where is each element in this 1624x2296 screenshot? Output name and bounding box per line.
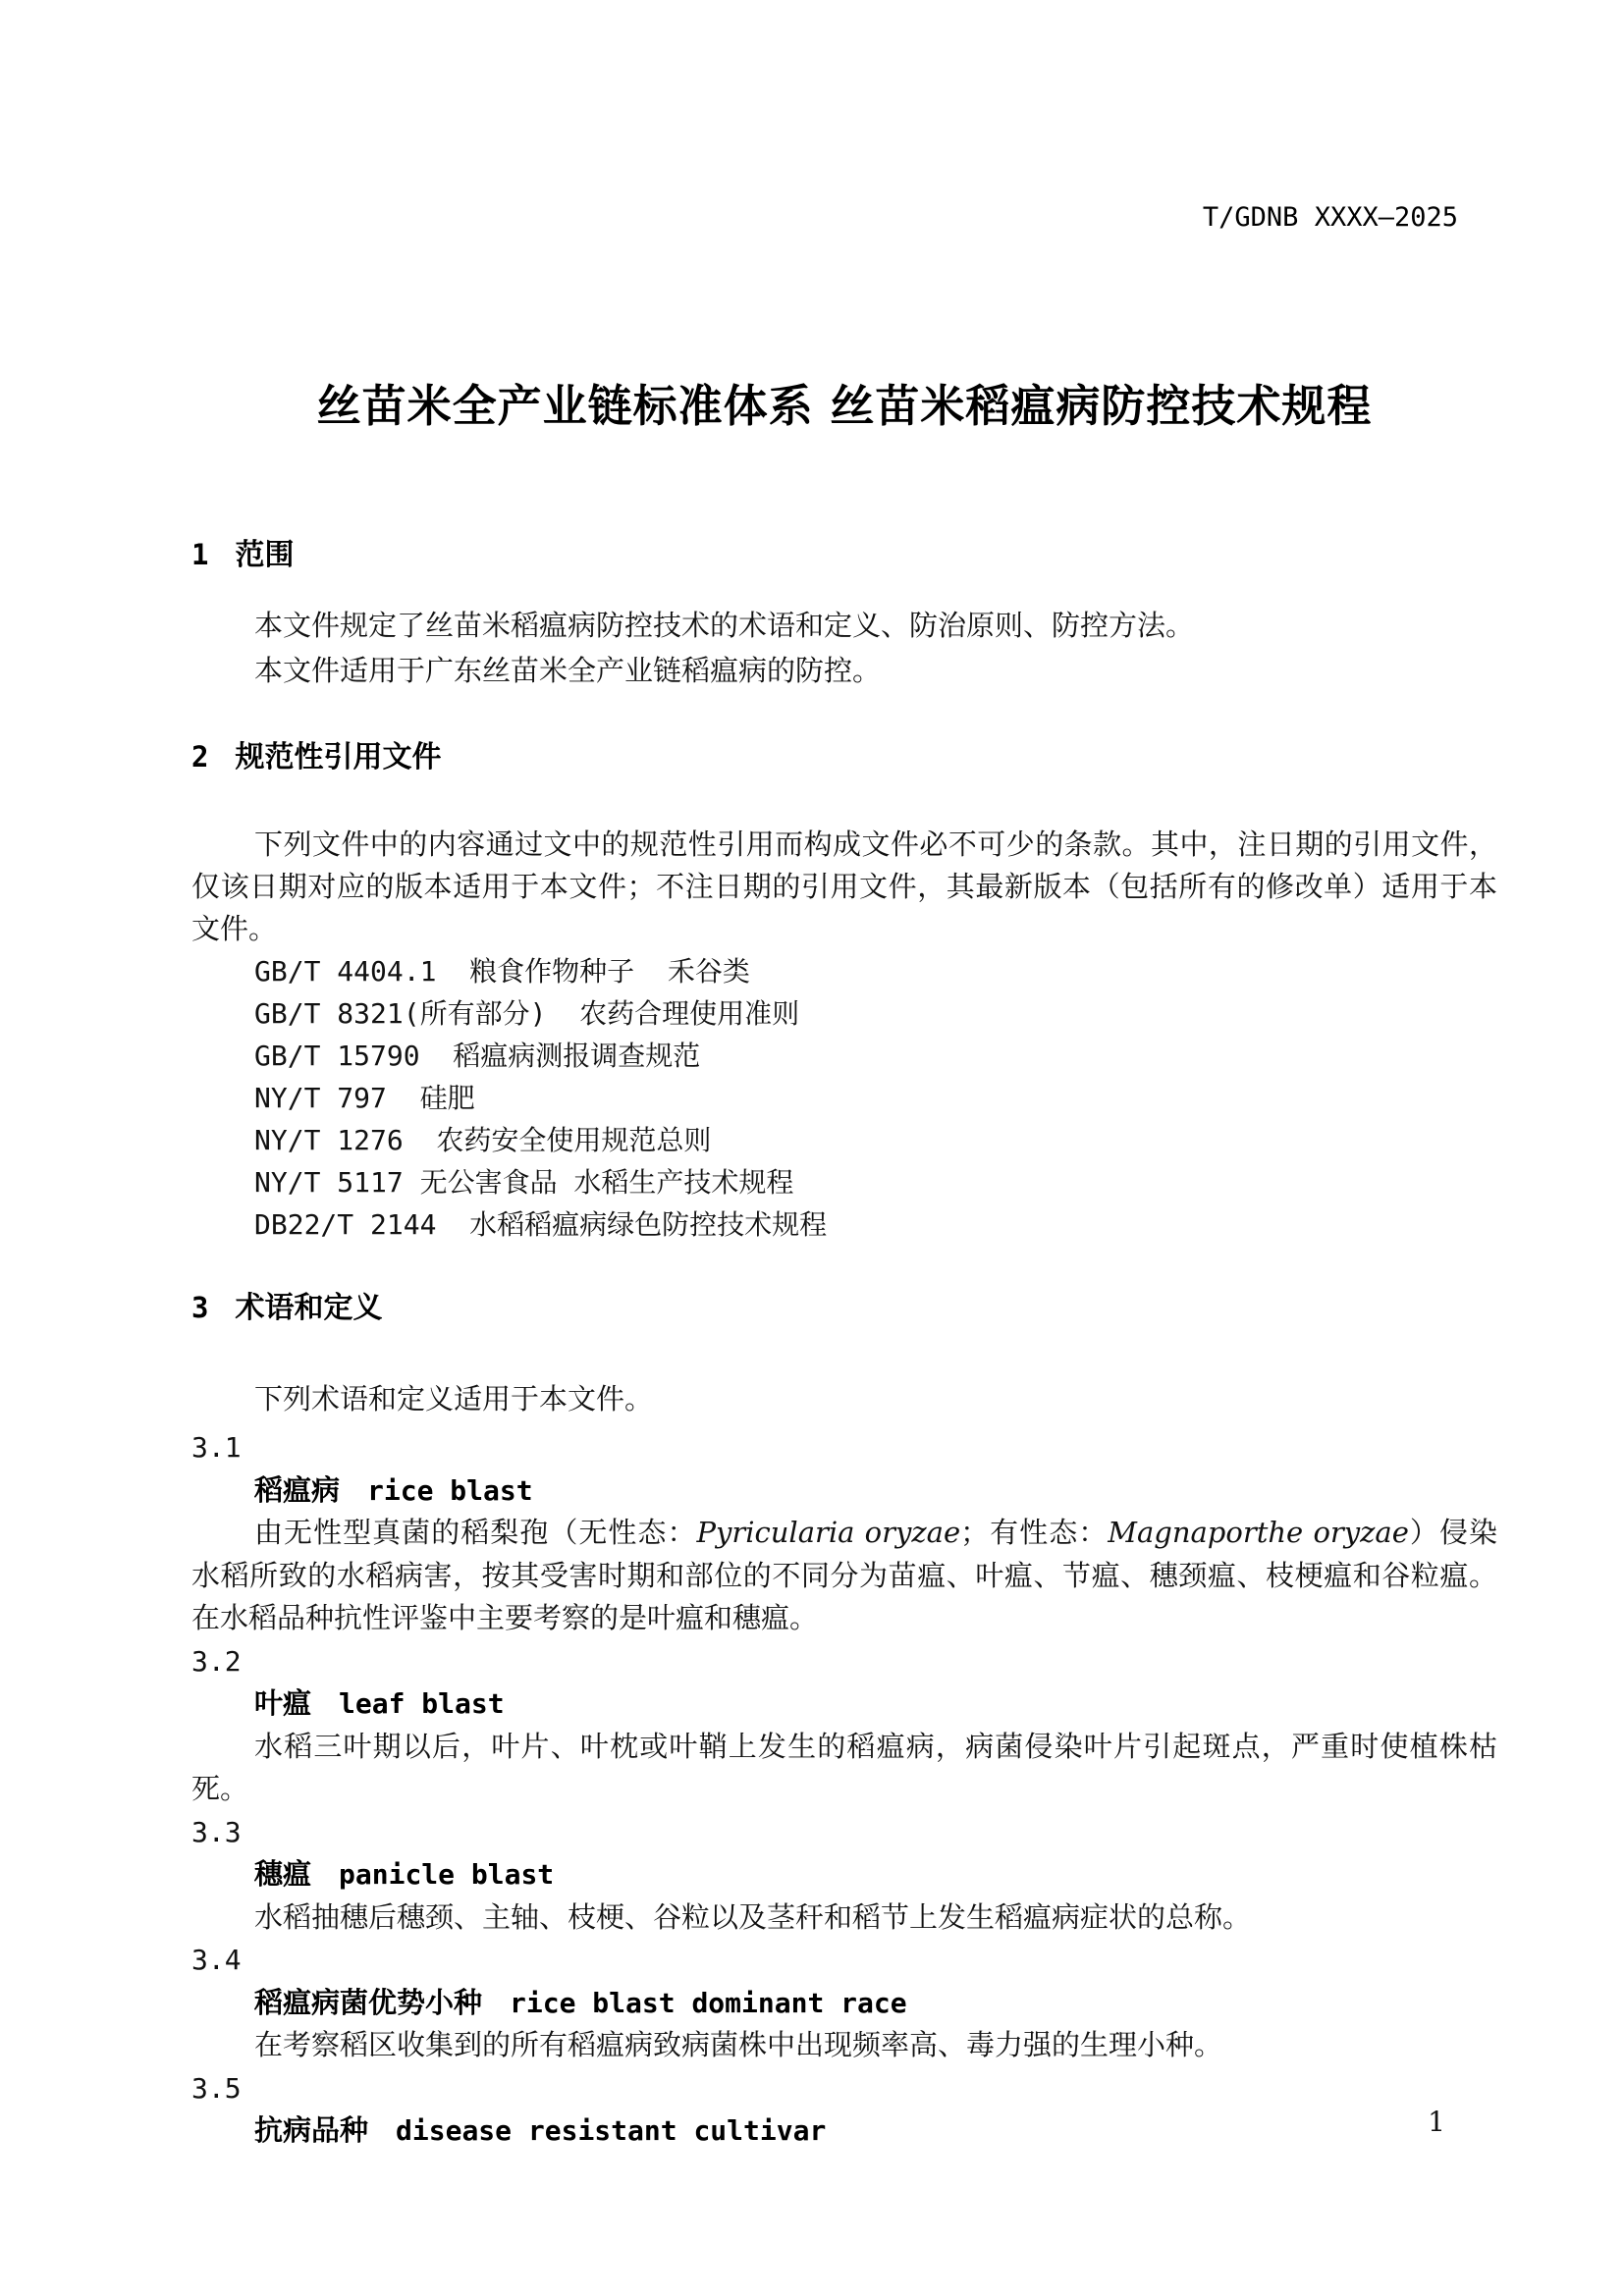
term-definition: 在考察稻区收集到的所有稻瘟病致病菌株中出现频率高、毒力强的生理小种。: [191, 2024, 1497, 2067]
reference-item: DB22/T 2144 水稻稻瘟病绿色防控技术规程: [254, 1203, 1497, 1246]
section-1-body: 本文件规定了丝苗米稻瘟病防控技术的术语和定义、防治原则、防控方法。 本文件适用于…: [191, 603, 1497, 693]
term-name-zh: 抗病品种: [254, 2113, 368, 2147]
section-1-paragraph: 本文件适用于广东丝苗米全产业链稻瘟病的防控。: [191, 648, 1497, 693]
reference-item: NY/T 797 硅肥: [254, 1077, 1497, 1119]
term-definition: 水稻三叶期以后，叶片、叶枕或叶鞘上发生的稻瘟病，病菌侵染叶片引起斑点，严重时使植…: [191, 1726, 1497, 1811]
section-1-number: 1: [191, 533, 208, 576]
term-number: 3.1: [191, 1426, 1497, 1469]
section-1-paragraph: 本文件规定了丝苗米稻瘟病防控技术的术语和定义、防治原则、防控方法。: [191, 603, 1497, 648]
latin-species-name: Pyricularia oryzae: [696, 1516, 960, 1549]
term-name-en: rice blast: [367, 1474, 533, 1507]
term-title-line: 穗瘟panicle blast: [191, 1853, 1497, 1896]
term-definition: 由无性型真菌的稻梨孢（无性态：Pyricularia oryzae；有性态：Ma…: [191, 1512, 1497, 1640]
reference-item: GB/T 8321(所有部分) 农药合理使用准则: [254, 992, 1497, 1035]
term-title-line: 叶瘟leaf blast: [191, 1682, 1497, 1726]
definition-text: ；有性态：: [960, 1516, 1108, 1549]
section-1-heading-text: 范围: [235, 538, 294, 572]
term-title-line: 稻瘟病菌优势小种rice blast dominant race: [191, 1982, 1497, 2025]
term-name-en: rice blast dominant race: [510, 1987, 907, 2019]
reference-item: NY/T 1276 农药安全使用规范总则: [254, 1119, 1497, 1161]
term-title-line: 抗病品种disease resistant cultivar: [191, 2109, 1497, 2153]
term-entry-3-2: 3.2 叶瘟leaf blast 水稻三叶期以后，叶片、叶枕或叶鞘上发生的稻瘟病…: [191, 1640, 1497, 1811]
term-name-en: leaf blast: [339, 1687, 505, 1720]
section-3-intro: 下列术语和定义适用于本文件。: [191, 1377, 1497, 1420]
reference-item: NY/T 5117 无公害食品 水稻生产技术规程: [254, 1161, 1497, 1203]
document-title: 丝苗米全产业链标准体系 丝苗米稻瘟病防控技术规程: [191, 379, 1497, 434]
section-2-heading: 2规范性引用文件: [191, 735, 1497, 779]
term-name-zh: 穗瘟: [254, 1857, 311, 1891]
document-page: T/GDNB XXXX—2025 丝苗米全产业链标准体系 丝苗米稻瘟病防控技术规…: [0, 0, 1624, 2296]
page-content: T/GDNB XXXX—2025 丝苗米全产业链标准体系 丝苗米稻瘟病防控技术规…: [0, 0, 1624, 2153]
term-name-en: panicle blast: [339, 1858, 554, 1891]
section-3-heading: 3术语和定义: [191, 1286, 1497, 1330]
standard-code-header: T/GDNB XXXX—2025: [191, 0, 1497, 240]
section-2-heading-text: 规范性引用文件: [235, 740, 441, 774]
reference-item: GB/T 4404.1 粮食作物种子 禾谷类: [254, 950, 1497, 992]
term-definition: 水稻抽穗后穗颈、主轴、枝梗、谷粒以及茎秆和稻节上发生稻瘟病症状的总称。: [191, 1896, 1497, 1940]
section-2-number: 2: [191, 735, 208, 778]
term-title-line: 稻瘟病rice blast: [191, 1469, 1497, 1513]
term-number: 3.3: [191, 1811, 1497, 1854]
normative-references-list: GB/T 4404.1 粮食作物种子 禾谷类 GB/T 8321(所有部分) 农…: [191, 950, 1497, 1246]
term-entry-3-3: 3.3 穗瘟panicle blast 水稻抽穗后穗颈、主轴、枝梗、谷粒以及茎秆…: [191, 1811, 1497, 1940]
section-3-heading-text: 术语和定义: [235, 1291, 382, 1325]
term-number: 3.2: [191, 1640, 1497, 1683]
term-name-zh: 叶瘟: [254, 1686, 311, 1720]
term-name-zh: 稻瘟病: [254, 1473, 340, 1507]
term-entry-3-1: 3.1 稻瘟病rice blast 由无性型真菌的稻梨孢（无性态：Pyricul…: [191, 1426, 1497, 1640]
section-2-intro: 下列文件中的内容通过文中的规范性引用而构成文件必不可少的条款。其中，注日期的引用…: [191, 824, 1497, 950]
term-name-zh: 稻瘟病菌优势小种: [254, 1986, 482, 2019]
page-number: 1: [1428, 2101, 1445, 2144]
term-entry-3-5: 3.5 抗病品种disease resistant cultivar: [191, 2067, 1497, 2153]
term-number: 3.4: [191, 1939, 1497, 1982]
definition-text: 由无性型真菌的稻梨孢（无性态：: [254, 1516, 696, 1549]
reference-item: GB/T 15790 稻瘟病测报调查规范: [254, 1035, 1497, 1077]
section-3-number: 3: [191, 1286, 208, 1329]
latin-species-name: Magnaporthe oryzae: [1108, 1516, 1409, 1549]
term-number: 3.5: [191, 2067, 1497, 2110]
term-name-en: disease resistant cultivar: [396, 2114, 826, 2147]
terms-and-definitions: 3.1 稻瘟病rice blast 由无性型真菌的稻梨孢（无性态：Pyricul…: [191, 1426, 1497, 2153]
term-entry-3-4: 3.4 稻瘟病菌优势小种rice blast dominant race 在考察…: [191, 1939, 1497, 2067]
section-1-heading: 1范围: [191, 533, 1497, 577]
